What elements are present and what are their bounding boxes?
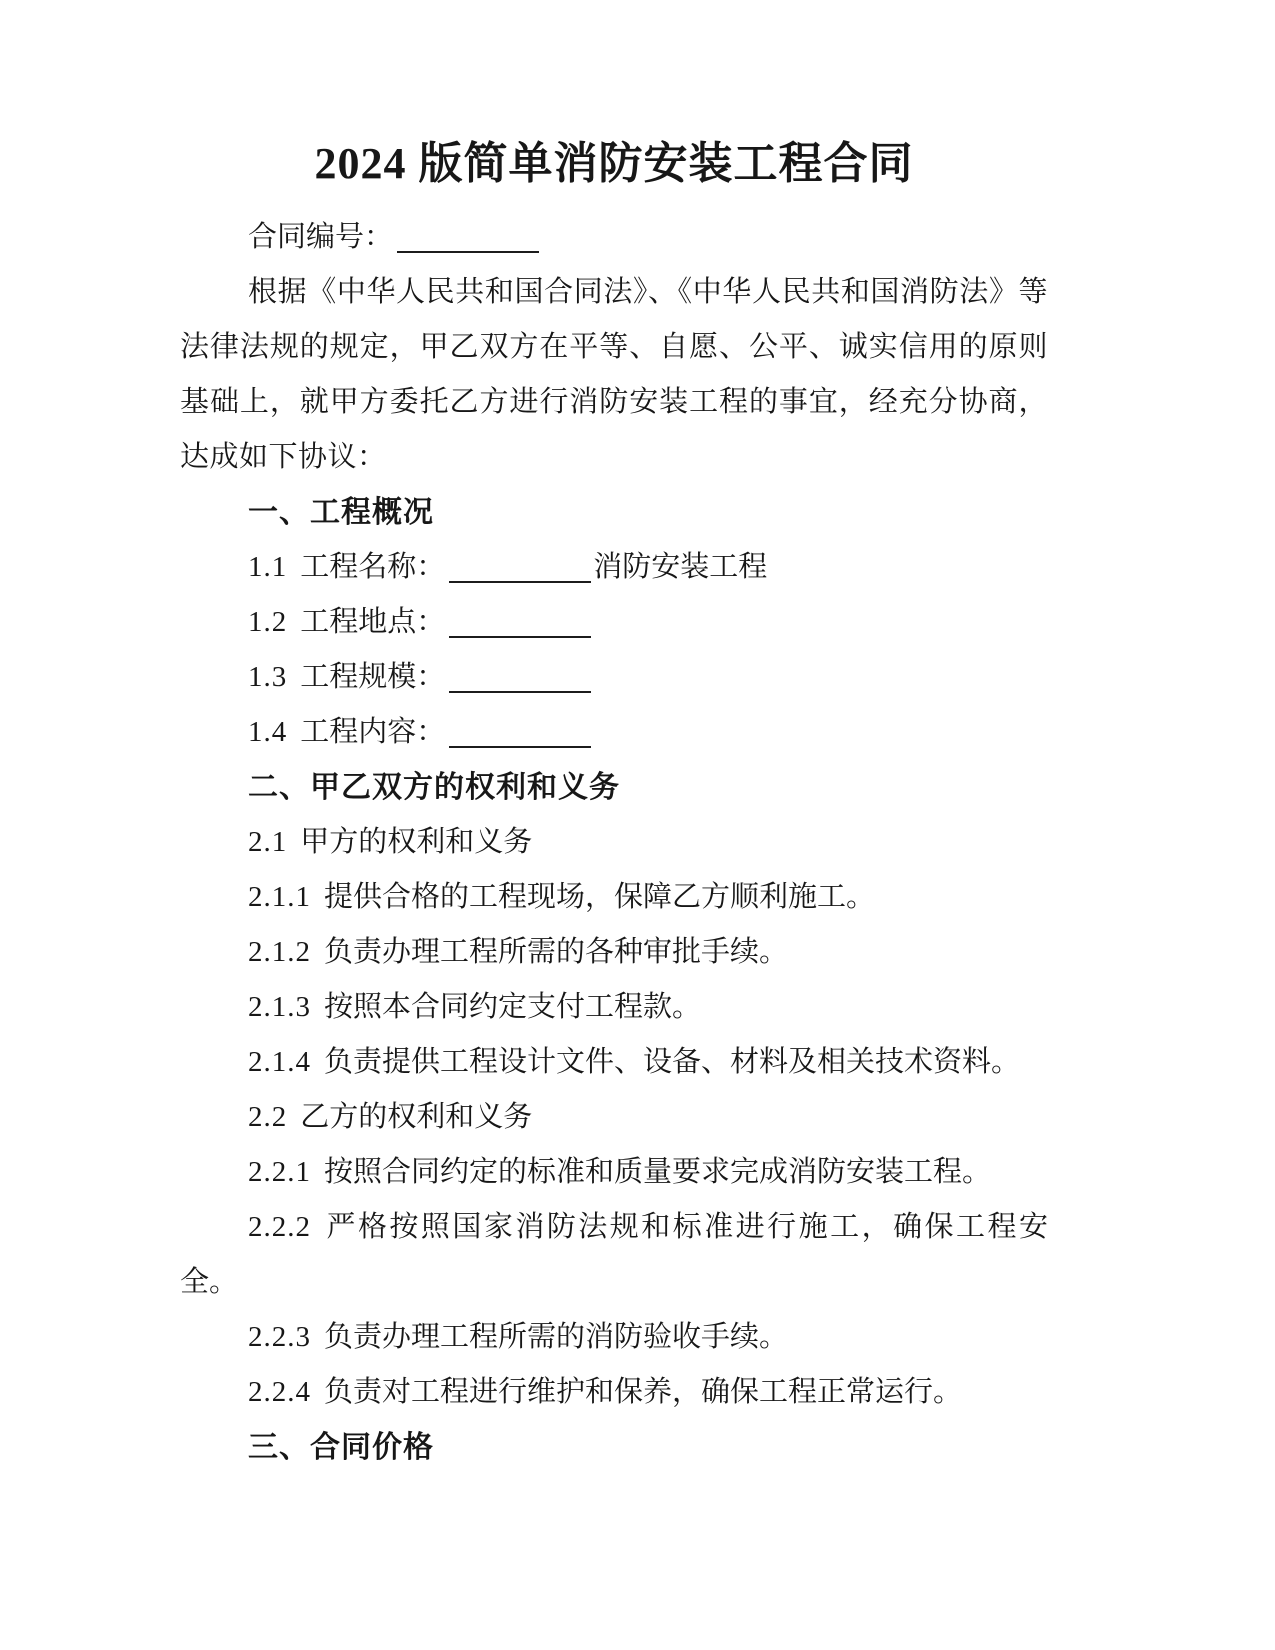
clause-row-2-2-3: 2.2.3负责办理工程所需的消防验收手续。 — [180, 1310, 1048, 1365]
clause-row-2-2-2: 2.2.2严格按照国家消防法规和标准进行施工，确保工程安全。 — [180, 1200, 1048, 1310]
section-heading-2: 二、甲乙双方的权利和义务 — [180, 760, 1048, 815]
clause-text: 按照合同约定的标准和质量要求完成消防安装工程。 — [324, 1156, 991, 1188]
field-label: 工程规模： — [300, 661, 445, 693]
contract-number-label: 合同编号： — [248, 221, 393, 253]
clause-num: 2.2.4 — [248, 1365, 311, 1420]
field-row-1-4: 1.4工程内容： — [180, 705, 1048, 760]
blank-field — [449, 551, 591, 583]
clause-num: 2.2.3 — [248, 1310, 311, 1365]
clause-text: 负责办理工程所需的各种审批手续。 — [324, 936, 788, 968]
contract-number-line: 合同编号： — [180, 210, 1048, 265]
clause-text: 负责办理工程所需的消防验收手续。 — [324, 1321, 788, 1353]
field-num: 1.1 — [248, 540, 287, 595]
clause-num: 2.2.2 — [248, 1200, 311, 1255]
field-num: 1.4 — [248, 705, 287, 760]
intro-paragraph: 根据《中华人民共和国合同法》、《中华人民共和国消防法》等法律法规的规定，甲乙双方… — [180, 265, 1048, 485]
blank-field — [449, 661, 591, 693]
clause-num: 2.2 — [248, 1090, 287, 1145]
contract-number-blank — [397, 221, 539, 253]
field-num: 1.3 — [248, 650, 287, 705]
clause-text: 甲方的权利和义务 — [300, 826, 532, 858]
clause-text: 乙方的权利和义务 — [300, 1101, 532, 1133]
clause-row-2-1-1: 2.1.1提供合格的工程现场，保障乙方顺利施工。 — [180, 870, 1048, 925]
field-row-1-1: 1.1工程名称：消防安装工程 — [180, 540, 1048, 595]
clause-row-2-2: 2.2乙方的权利和义务 — [180, 1090, 1048, 1145]
clause-row-2-1-3: 2.1.3按照本合同约定支付工程款。 — [180, 980, 1048, 1035]
clause-num: 2.1.1 — [248, 870, 311, 925]
field-suffix: 消防安装工程 — [593, 551, 767, 583]
clause-num: 2.1.2 — [248, 925, 311, 980]
blank-field — [449, 716, 591, 748]
clause-row-2-2-1: 2.2.1按照合同约定的标准和质量要求完成消防安装工程。 — [180, 1145, 1048, 1200]
field-row-1-2: 1.2工程地点： — [180, 595, 1048, 650]
clause-row-2-2-4: 2.2.4负责对工程进行维护和保养，确保工程正常运行。 — [180, 1365, 1048, 1420]
blank-field — [449, 606, 591, 638]
field-label: 工程内容： — [300, 716, 445, 748]
document-title: 2024 版简单消防安装工程合同 — [180, 132, 1048, 196]
clause-num: 2.2.1 — [248, 1145, 311, 1200]
field-label: 工程地点： — [300, 606, 445, 638]
clause-text: 负责提供工程设计文件、设备、材料及相关技术资料。 — [324, 1046, 1020, 1078]
clause-text: 负责对工程进行维护和保养，确保工程正常运行。 — [324, 1376, 962, 1408]
clause-row-2-1-4: 2.1.4负责提供工程设计文件、设备、材料及相关技术资料。 — [180, 1035, 1048, 1090]
clause-row-2-1-2: 2.1.2负责办理工程所需的各种审批手续。 — [180, 925, 1048, 980]
field-label: 工程名称： — [300, 551, 445, 583]
section-heading-1: 一、工程概况 — [180, 485, 1048, 540]
clause-text: 按照本合同约定支付工程款。 — [324, 991, 701, 1023]
clause-num: 2.1.3 — [248, 980, 311, 1035]
field-num: 1.2 — [248, 595, 287, 650]
clause-num: 2.1.4 — [248, 1035, 311, 1090]
clause-row-2-1: 2.1甲方的权利和义务 — [180, 815, 1048, 870]
clause-num: 2.1 — [248, 815, 287, 870]
section-heading-3: 三、合同价格 — [180, 1420, 1048, 1475]
field-row-1-3: 1.3工程规模： — [180, 650, 1048, 705]
clause-text: 提供合格的工程现场，保障乙方顺利施工。 — [324, 881, 875, 913]
contract-document-page: 2024 版简单消防安装工程合同 合同编号： 根据《中华人民共和国合同法》、《中… — [0, 0, 1275, 1650]
